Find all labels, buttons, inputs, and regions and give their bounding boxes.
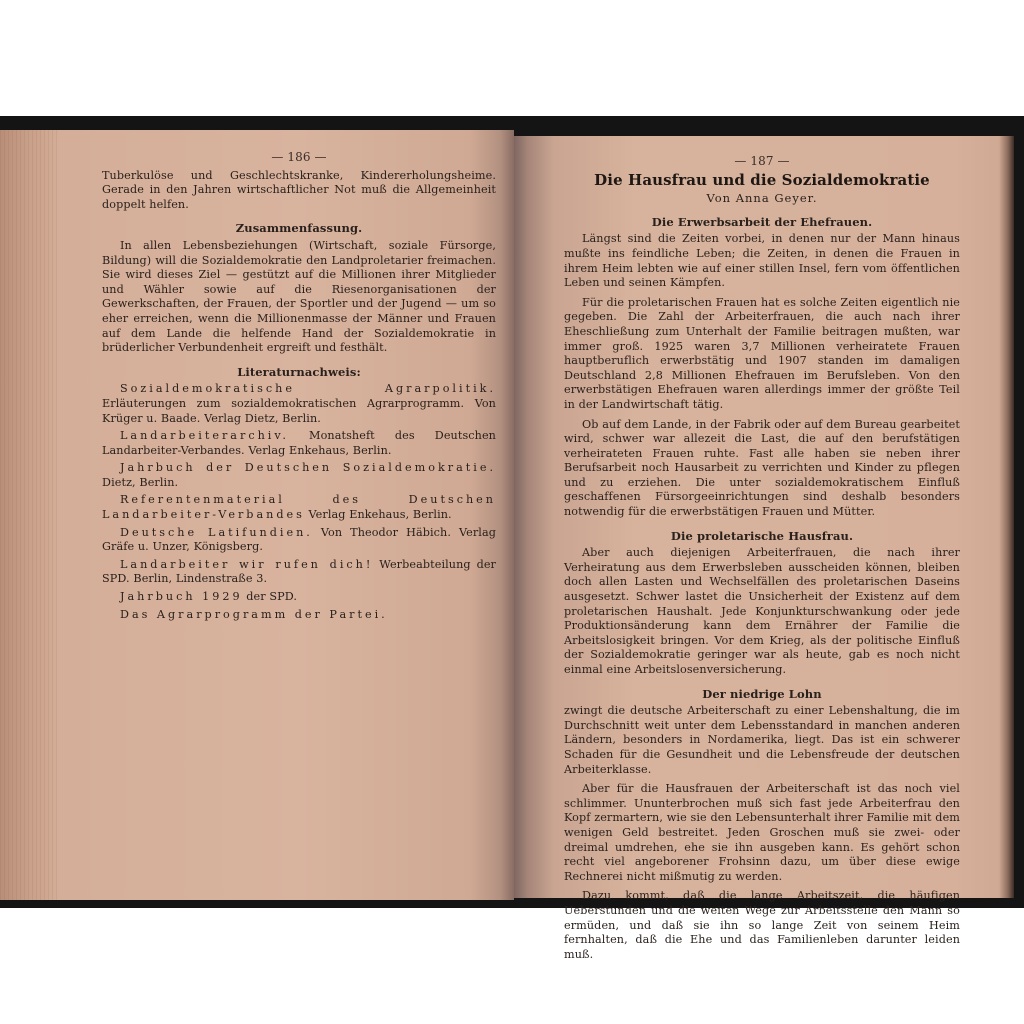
literature-heading: Literaturnachweis: bbox=[102, 365, 496, 380]
literature-entry: Sozialdemokratische Agrarpolitik. Erläut… bbox=[102, 382, 496, 426]
body-paragraph: Ob auf dem Lande, in der Fabrik oder auf… bbox=[564, 418, 960, 520]
literature-entry: Referentenmaterial des Deutschen Landarb… bbox=[102, 493, 496, 522]
section-heading-hausfrau: Die proletarische Hausfrau. bbox=[564, 529, 960, 544]
left-page-content: — 186 — Tuberkulöse und Geschlechtskrank… bbox=[102, 150, 496, 622]
literature-entry: Jahrbuch 1929 der SPD. bbox=[102, 590, 496, 605]
left-page: — 186 — Tuberkulöse und Geschlechtskrank… bbox=[0, 130, 514, 900]
literature-entry: Das Agrarprogramm der Partei. bbox=[102, 608, 496, 623]
intro-paragraph: Tuberkulöse und Geschlechtskranke, Kinde… bbox=[102, 169, 496, 213]
right-page: — 187 — Die Hausfrau und die Sozialdemok… bbox=[514, 136, 1014, 898]
page-edges bbox=[0, 130, 60, 900]
right-page-content: — 187 — Die Hausfrau und die Sozialdemok… bbox=[564, 154, 960, 962]
author-byline: Von Anna Geyer. bbox=[564, 191, 960, 206]
literature-entry: Landarbeiter wir rufen dich! Werbeabteil… bbox=[102, 558, 496, 587]
open-book: — 186 — Tuberkulöse und Geschlechtskrank… bbox=[0, 116, 1024, 908]
page-number: — 186 — bbox=[102, 150, 496, 165]
body-paragraph: Dazu kommt, daß die lange Arbeitszeit, d… bbox=[564, 889, 960, 962]
summary-paragraph: In allen Lebensbeziehungen (Wirtschaft, … bbox=[102, 239, 496, 356]
summary-heading: Zusammenfassung. bbox=[102, 221, 496, 236]
section-heading-erwerbsarbeit: Die Erwerbsarbeit der Ehefrauen. bbox=[564, 215, 960, 230]
section-heading-lohn: Der niedrige Lohn bbox=[564, 687, 960, 702]
body-paragraph: Aber auch diejenigen Arbeiterfrauen, die… bbox=[564, 546, 960, 677]
body-paragraph: Aber für die Hausfrauen der Arbeiterscha… bbox=[564, 782, 960, 884]
body-paragraph: Für die proletarischen Frauen hat es sol… bbox=[564, 296, 960, 413]
body-paragraph: Längst sind die Zeiten vorbei, in denen … bbox=[564, 232, 960, 290]
page-number: — 187 — bbox=[564, 154, 960, 169]
literature-entry: Jahrbuch der Deutschen Sozialdemokratie.… bbox=[102, 461, 496, 490]
literature-entry: Landarbeiterarchiv. Monatsheft des Deuts… bbox=[102, 429, 496, 458]
body-paragraph: zwingt die deutsche Arbeiterschaft zu ei… bbox=[564, 704, 960, 777]
chapter-title: Die Hausfrau und die Sozialdemokratie bbox=[564, 173, 960, 188]
literature-entry: Deutsche Latifundien. Von Theodor Häbich… bbox=[102, 526, 496, 555]
